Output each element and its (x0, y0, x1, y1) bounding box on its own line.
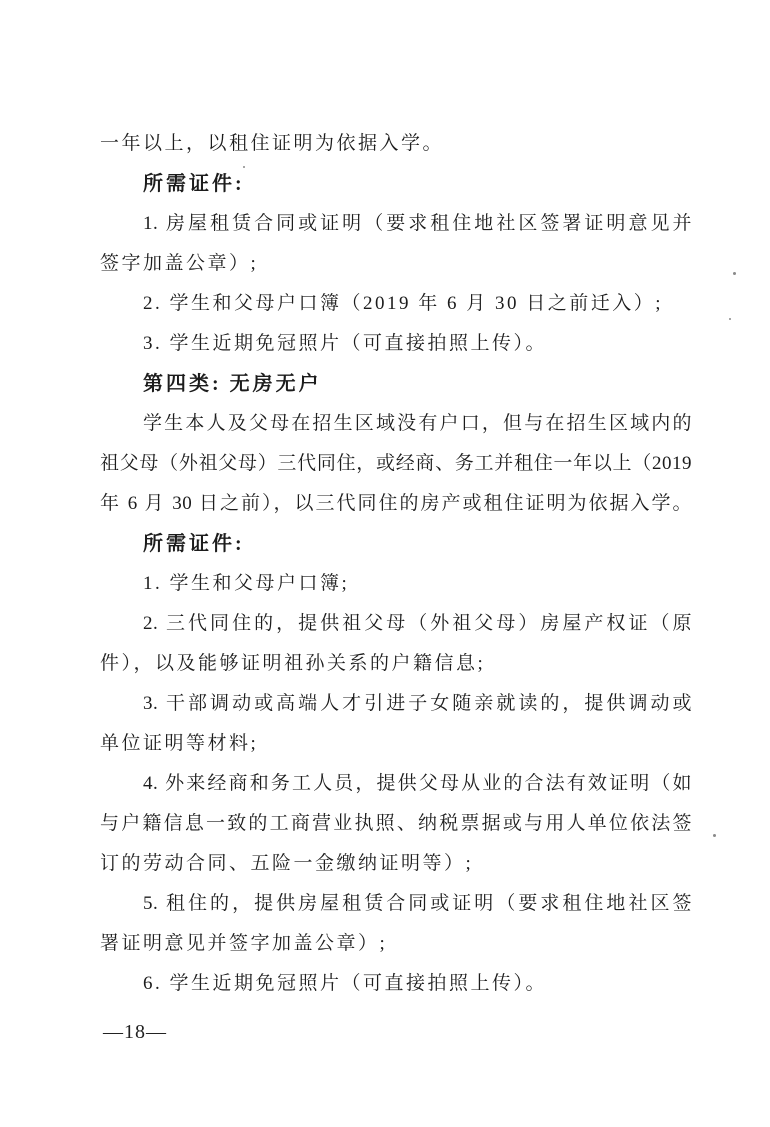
page-number: —18— (103, 1021, 167, 1044)
document-page: 一年以上，以租住证明为依据入学。 所需证件: 1. 房屋租赁合同或证明（要求租住… (0, 0, 770, 1127)
list-item: 6. 学生近期免冠照片（可直接拍照上传）。 (100, 964, 692, 1004)
list-item: 2. 学生和父母户口簿（2019 年 6 月 30 日之前迁入）; (100, 284, 692, 324)
document-body: 一年以上，以租住证明为依据入学。 所需证件: 1. 房屋租赁合同或证明（要求租住… (100, 124, 692, 1004)
list-item: 2. 三代同住的，提供祖父母（外祖父母）房屋产权证（原 (100, 604, 692, 644)
list-item: 1. 学生和父母户口簿; (100, 564, 692, 604)
text-line: 署证明意见并签字加盖公章）; (100, 924, 692, 964)
text-line: 与户籍信息一致的工商营业执照、纳税票据或与用人单位依法签 (100, 804, 692, 844)
text-line: 一年以上，以租住证明为依据入学。 (100, 124, 692, 164)
text-line: 单位证明等材料; (100, 724, 692, 764)
section-heading: 所需证件: (100, 524, 692, 564)
section-heading: 第四类: 无房无户 (100, 364, 692, 404)
text-line: 年 6 月 30 日之前），以三代同住的房产或租住证明为依据入学。 (100, 484, 692, 524)
scan-speck (243, 166, 245, 168)
text-line: 件），以及能够证明祖孙关系的户籍信息; (100, 644, 692, 684)
scan-speck (733, 272, 736, 275)
list-item: 5. 租住的，提供房屋租赁合同或证明（要求租住地社区签 (100, 884, 692, 924)
text-line: 学生本人及父母在招生区域没有户口，但与在招生区域内的 (100, 404, 692, 444)
text-line: 祖父母（外祖父母）三代同住，或经商、务工并租住一年以上（2019 (100, 444, 692, 484)
text-line: 订的劳动合同、五险一金缴纳证明等）; (100, 844, 692, 884)
scan-speck (713, 834, 716, 837)
list-item: 1. 房屋租赁合同或证明（要求租住地社区签署证明意见并 (100, 204, 692, 244)
section-heading: 所需证件: (100, 164, 692, 204)
list-item: 3. 干部调动或高端人才引进子女随亲就读的，提供调动或 (100, 684, 692, 724)
list-item: 3. 学生近期免冠照片（可直接拍照上传）。 (100, 324, 692, 364)
list-item: 4. 外来经商和务工人员，提供父母从业的合法有效证明（如 (100, 764, 692, 804)
scan-speck (729, 318, 731, 320)
text-line: 签字加盖公章）; (100, 244, 692, 284)
